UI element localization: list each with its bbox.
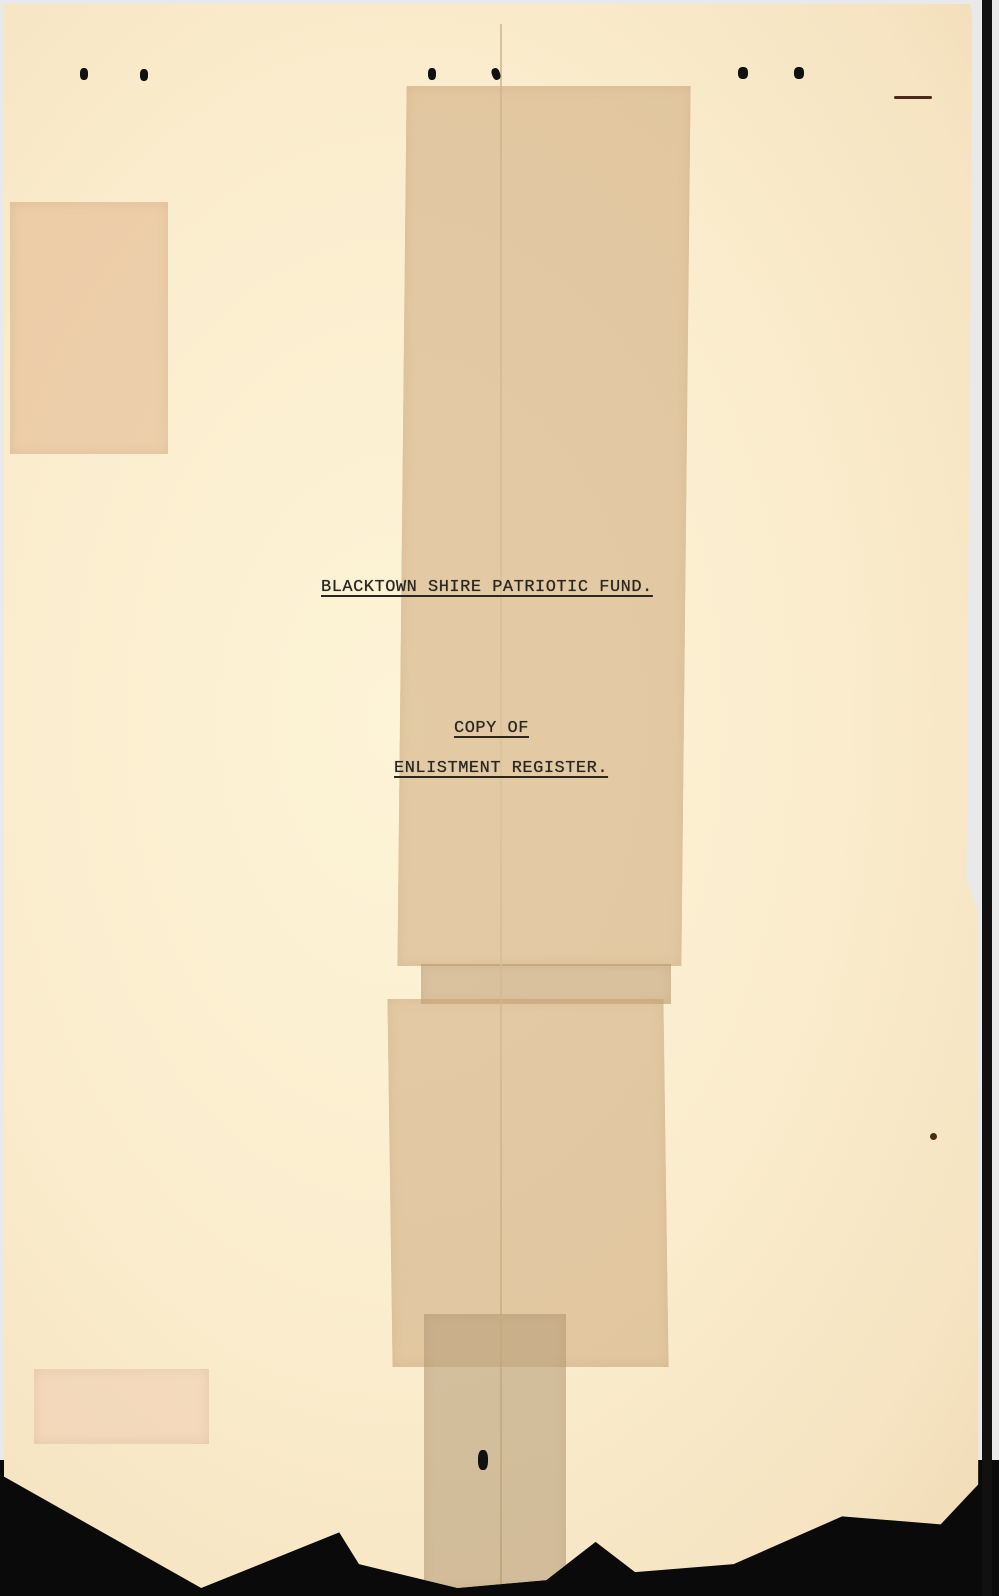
document-heading: BLACKTOWN SHIRE PATRIOTIC FUND. (321, 578, 653, 597)
fold-crease (500, 24, 502, 1594)
tape-overlap (421, 964, 671, 1004)
punch-hole (140, 69, 148, 81)
punch-hole (738, 67, 748, 79)
document-subheading-line1: COPY OF (454, 719, 529, 738)
tape-strip-bottom (424, 1314, 566, 1590)
document-subheading-line2: ENLISTMENT REGISTER. (394, 759, 608, 778)
document-page: BLACKTOWN SHIRE PATRIOTIC FUND. COPY OF … (4, 4, 990, 1596)
punch-hole (428, 68, 436, 80)
punch-hole (794, 67, 804, 79)
ink-mark (894, 96, 932, 99)
scan-edge-shadow (982, 0, 992, 1596)
punch-hole (80, 68, 88, 80)
tear-hole (478, 1450, 488, 1470)
tape-residue-lower-left (34, 1369, 209, 1444)
tape-strip-center-lower (387, 999, 668, 1367)
ink-spot (930, 1133, 937, 1140)
tape-strip-left (10, 202, 168, 454)
tape-strip-center-upper (397, 86, 690, 966)
